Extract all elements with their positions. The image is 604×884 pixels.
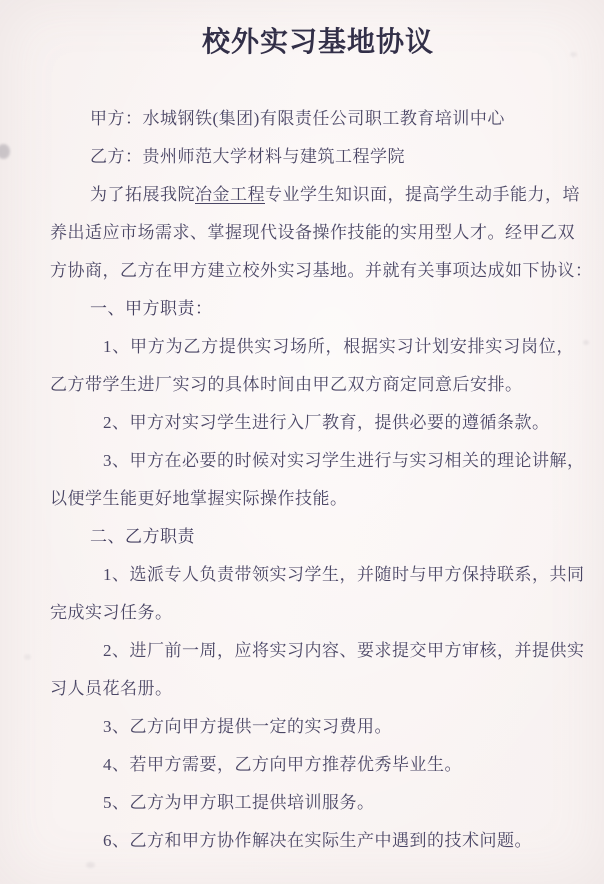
section-2-item-4: 4、若甲方需要，乙方向甲方推荐优秀毕业生。 (50, 746, 574, 784)
scanned-agreement-page: 校外实习基地协议 甲方：水城钢铁(集团)有限责任公司职工教育培训中心 乙方：贵州… (0, 0, 604, 884)
intro-line-1: 为了拓展我院冶金工程专业学生知识面，提高学生动手能力，培 (50, 176, 574, 214)
section-1-item-1-line-1: 1、甲方为乙方提供实习场所，根据实习计划安排实习岗位， (50, 328, 574, 366)
section-2-item-6: 6、乙方和甲方协作解决在实际生产中遇到的技术问题。 (50, 822, 574, 860)
major-name-underlined: 冶金工程 (195, 185, 265, 204)
section-2-item-1-line-2: 完成实习任务。 (50, 594, 574, 632)
intro-line-2: 养出适应市场需求、掌握现代设备操作技能的实用型人才。经甲乙双 (50, 214, 574, 252)
scan-speck (583, 340, 589, 345)
scan-smudge (0, 144, 10, 159)
scan-speck (86, 862, 95, 868)
document-body: 甲方：水城钢铁(集团)有限责任公司职工教育培训中心 乙方：贵州师范大学材料与建筑… (50, 100, 574, 860)
section-1-item-1-line-2: 乙方带学生进厂实习的具体时间由甲乙双方商定同意后安排。 (50, 366, 574, 404)
section-1-item-3-line-1: 3、甲方在必要的时候对实习学生进行与实习相关的理论讲解， (50, 442, 574, 480)
section-2-item-5: 5、乙方为甲方职工提供培训服务。 (50, 784, 574, 822)
document-title: 校外实习基地协议 (16, 26, 604, 60)
intro-line-1-pre: 为了拓展我院 (90, 185, 195, 204)
section-2-item-2-line-2: 习人员花名册。 (50, 670, 574, 708)
section-1-item-2: 2、甲方对实习学生进行入厂教育，提供必要的遵循条款。 (50, 404, 574, 442)
section-1-item-3-line-2: 以便学生能更好地掌握实际操作技能。 (50, 480, 574, 518)
party-b-line: 乙方：贵州师范大学材料与建筑工程学院 (50, 138, 574, 176)
scan-speck (24, 654, 31, 660)
intro-line-3: 方协商，乙方在甲方建立校外实习基地。并就有关事项达成如下协议： (50, 252, 574, 290)
section-2-item-1-line-1: 1、选派专人负责带领实习学生，并随时与甲方保持联系，共同 (50, 556, 574, 594)
section-2-item-3: 3、乙方向甲方提供一定的实习费用。 (50, 708, 574, 746)
section-2-item-2-line-1: 2、进厂前一周，应将实习内容、要求提交甲方审核，并提供实 (50, 632, 574, 670)
party-a-line: 甲方：水城钢铁(集团)有限责任公司职工教育培训中心 (50, 100, 574, 138)
intro-line-1-post: 专业学生知识面，提高学生动手能力，培 (265, 185, 580, 204)
section-2-heading: 二、乙方职责 (50, 518, 574, 556)
section-1-heading: 一、甲方职责： (50, 290, 574, 328)
